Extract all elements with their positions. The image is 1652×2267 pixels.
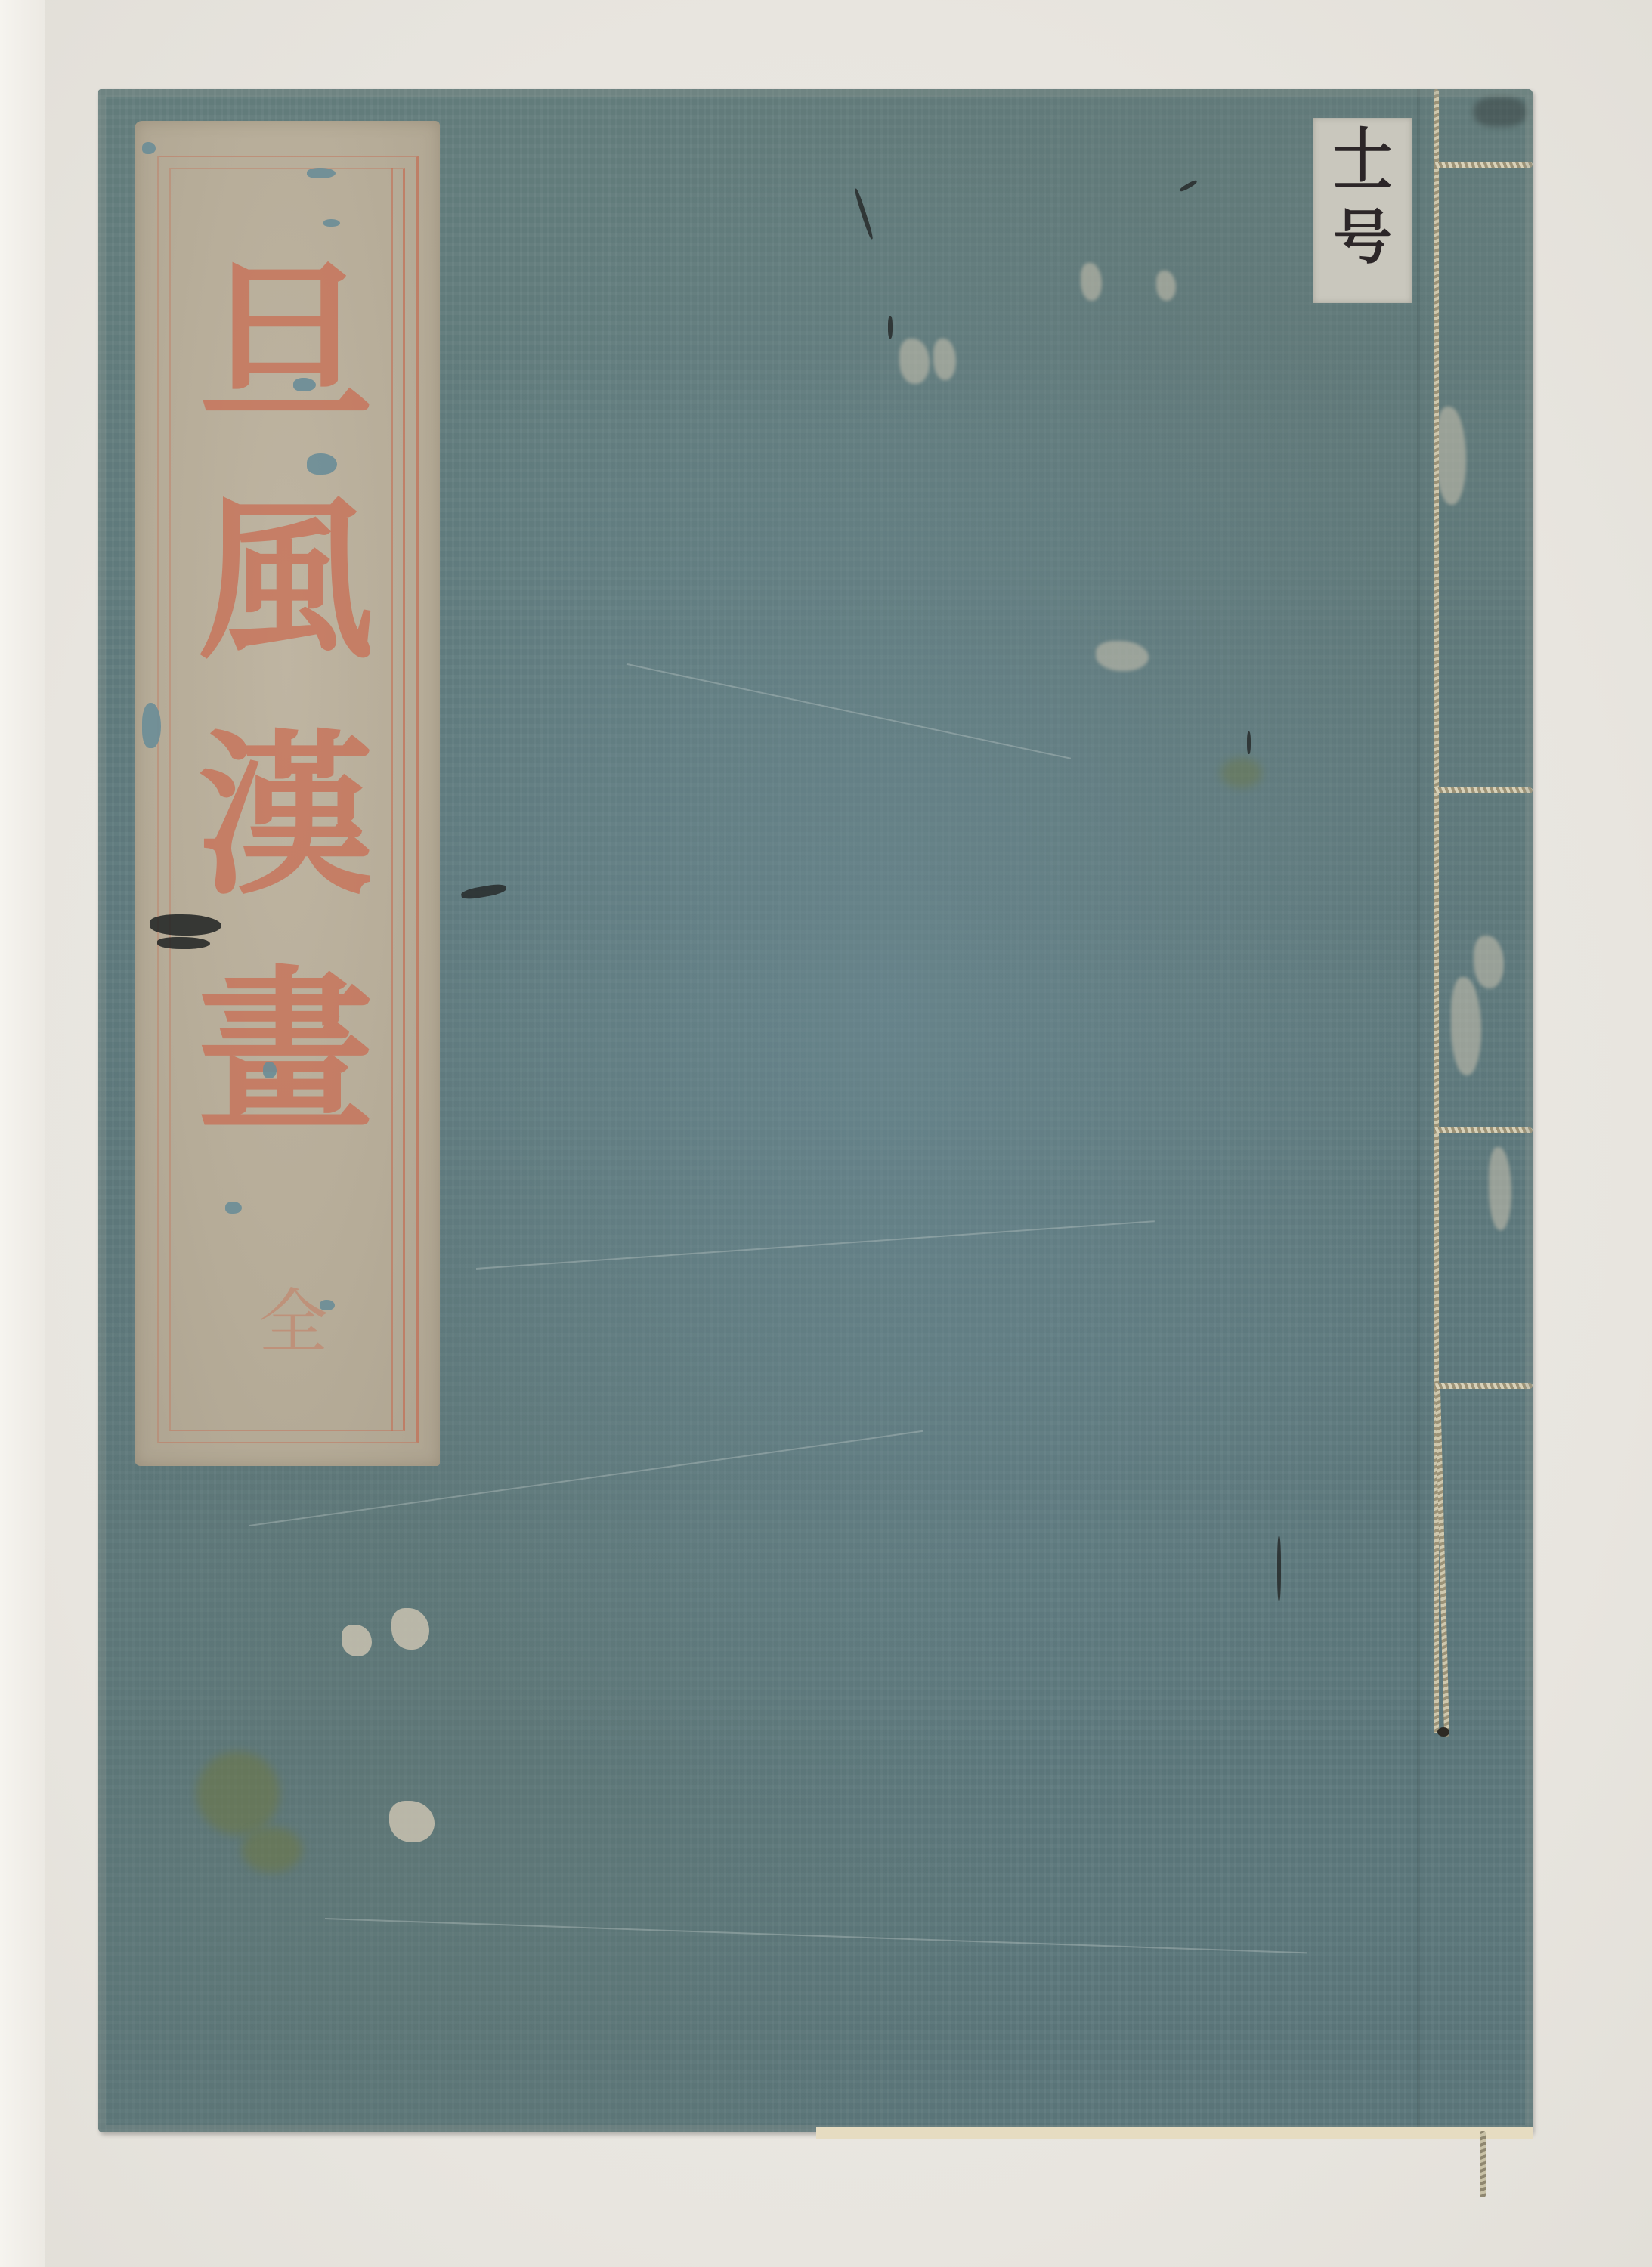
wear-patch <box>1096 641 1149 671</box>
title-char: 風 <box>198 462 373 698</box>
green-stain <box>196 1752 280 1835</box>
number-char: 号 <box>1333 210 1392 266</box>
wear-patch <box>1156 271 1176 301</box>
paper-loss <box>142 142 156 154</box>
title-char: 漢 <box>198 698 373 934</box>
spine-fold <box>1417 89 1420 2132</box>
paper-loss <box>263 1062 277 1078</box>
backdrop-edge <box>0 0 45 2267</box>
underlying-page-edge <box>816 2127 1533 2139</box>
green-stain <box>242 1827 302 1873</box>
title-label: 旦 風 漢 畫 全 <box>135 121 440 1466</box>
green-stain <box>1220 758 1262 788</box>
volume-mark: 全 <box>252 1285 335 1360</box>
ink-mark <box>1247 731 1251 754</box>
binding-stitch <box>1434 162 1533 168</box>
binding-stitch <box>1434 787 1533 793</box>
book-title: 旦 風 漢 畫 <box>180 227 391 1170</box>
title-char: 畫 <box>198 934 373 1170</box>
paper-loss <box>293 378 316 391</box>
volume-number-tag: 十 一 号 <box>1313 118 1412 303</box>
paper-loss <box>323 219 340 227</box>
ink-smudge <box>150 914 221 936</box>
thread-knot <box>1437 1727 1449 1737</box>
binding-stitch <box>1434 1383 1533 1389</box>
paper-loss <box>142 703 161 748</box>
binding-stitch <box>1434 1127 1533 1133</box>
paper-loss <box>307 168 336 178</box>
book-cover: 旦 風 漢 畫 全 十 一 号 <box>98 89 1533 2132</box>
ink-smudge <box>157 937 210 949</box>
label-border-rule <box>391 168 393 1431</box>
thread-end <box>1480 2131 1486 2197</box>
paper-loss <box>320 1300 335 1310</box>
ink-mark <box>888 316 893 339</box>
volume-number: 十 一 号 <box>1313 128 1412 266</box>
paper-loss <box>307 453 337 475</box>
wear-patch <box>342 1625 372 1656</box>
stain <box>1474 97 1527 127</box>
paper-loss <box>225 1202 242 1214</box>
title-char: 旦 <box>198 227 373 462</box>
ink-mark <box>1277 1536 1281 1601</box>
